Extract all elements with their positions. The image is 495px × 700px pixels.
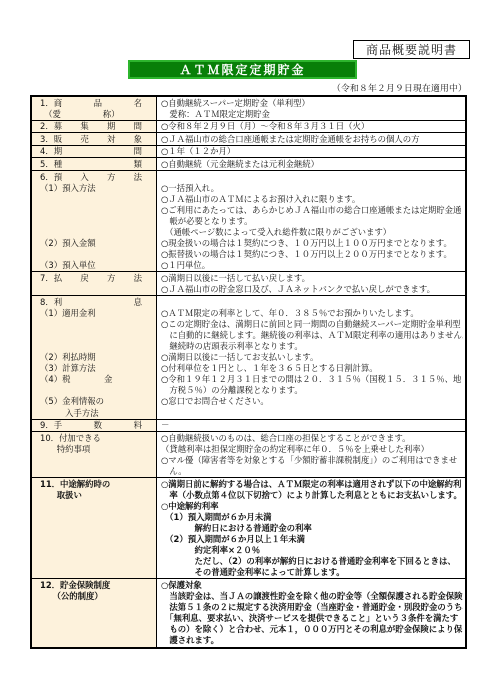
- label-line: （1）適用金利: [40, 308, 156, 319]
- text-line: 護されます。: [161, 635, 463, 646]
- text-line: 継続時の店頭表示利率となります。: [161, 341, 463, 352]
- label-line: （愛 称）: [40, 109, 156, 120]
- text-line: 愛称：ＡＴＭ限定定期貯金: [161, 109, 463, 120]
- text-line: ○令和１９年１２月３１日までの間は２０．３１５％（国税１５．３１５％、地: [161, 374, 463, 385]
- label-text: 募集期間: [54, 121, 142, 132]
- label-line: [40, 512, 156, 523]
- label-line: （2）預入金額: [40, 238, 156, 249]
- label-line: 9．手数料: [40, 420, 156, 431]
- text-line: （1）預入期間が６か月未満: [161, 512, 463, 523]
- label-line: 5．種類: [40, 159, 156, 170]
- text-line: ○窓口でお問合せください。: [161, 396, 463, 407]
- doc-type-label: 商品概要説明書: [366, 41, 457, 58]
- text-line: 率（小数点第４位以下切捨て）により計算した利息とともにお支払いします。: [161, 490, 463, 501]
- row-content-cell: ○１年（１２か月）: [157, 146, 465, 158]
- label-number: 9．: [40, 420, 54, 431]
- table-row: 5．種類○自動継続（元金継続または元利金継続）: [32, 157, 465, 170]
- label-line: [40, 534, 156, 545]
- label-text: 期間: [54, 146, 142, 157]
- row-label-cell: 7．払戻方法: [32, 272, 157, 295]
- label-line: [40, 556, 156, 567]
- label-line: [40, 523, 156, 534]
- page-title: ＡＴＭ限定定期貯金: [128, 60, 357, 79]
- row-label-cell: 12．貯金保険制度 （公的制度）: [32, 579, 157, 646]
- label-line: 取扱い: [40, 490, 156, 501]
- table-row: 9．手数料－: [32, 419, 465, 432]
- label-number: 7．: [40, 273, 54, 284]
- table-row: 11．中途解約時の 取扱い ○満期日前に解約する場合は、ＡＴＭ限定の利率は適用さ…: [32, 477, 465, 578]
- text-line: 帳が必要となります。: [161, 216, 463, 227]
- row-content-cell: ○自動継続（元金継続または元利金継続）: [157, 158, 465, 170]
- row-label-cell: 4．期間: [32, 146, 157, 158]
- label-line: [40, 545, 156, 556]
- text-line: －: [161, 420, 463, 431]
- text-line: 当該貯金は、当ＪＡの譲渡性貯金を除く他の貯金等（全額保護される貯金保険: [161, 591, 463, 602]
- row-label-cell: 3．販売対象: [32, 133, 157, 145]
- row-content-cell: ○令和８年２月９日（月）～令和８年３月３１日（火）: [157, 121, 465, 133]
- table-row: 8．利息（1）適用金利 （2）利払時期（3）計算方法（4）税 金 （5）金利情報…: [32, 295, 465, 419]
- label-number: 2．: [40, 121, 54, 132]
- text-line: ○令和８年２月９日（月）～令和８年３月３１日（火）: [161, 121, 463, 132]
- row-label-cell: 5．種類: [32, 158, 157, 170]
- row-content-cell: ○自動継続スーパー定期貯金（単利型） 愛称：ＡＴＭ限定定期貯金: [157, 97, 465, 120]
- text-line: ○現金扱いの場合は１契約につき、１０万円以上１００万円までとなります。: [161, 238, 463, 249]
- label-number: 4．: [40, 146, 54, 157]
- label-line: [40, 385, 156, 396]
- table-row: 7．払戻方法○満期日以後に一括して払い戻します。○ＪＡ福山市の貯金窓口及び、ＪＡ…: [32, 271, 465, 295]
- label-line: [40, 613, 156, 624]
- label-line: 3．販売対象: [40, 134, 156, 145]
- label-line: （5）金利情報の: [40, 396, 156, 407]
- text-line: ○ＪＡ福山市の総合口座通帳または定期貯金通帳をお持ちの個人の方: [161, 134, 463, 145]
- text-line: ○振替扱いの場合は１契約につき、１０万円以上２００万円までとなります。: [161, 249, 463, 260]
- table-row: 6．預入方法（1）預入方法 （2）預入金額 （3）預入単位 ○一括預入れ。○ＪＡ…: [32, 170, 465, 271]
- label-number: 3．: [40, 134, 54, 145]
- text-line: ○１年（１２か月）: [161, 146, 463, 157]
- row-label-cell: 6．預入方法（1）預入方法 （2）預入金額 （3）預入単位: [32, 171, 157, 271]
- label-line: 2．募集期間: [40, 121, 156, 132]
- label-line: [40, 635, 156, 646]
- label-text: 利息: [54, 297, 142, 308]
- table-row: 1．商品名 （愛 称）○自動継続スーパー定期貯金（単利型） 愛称：ＡＴＭ限定定期…: [32, 97, 465, 120]
- label-line: [40, 341, 156, 352]
- label-line: [40, 624, 156, 635]
- label-line: 特約事項: [40, 444, 156, 455]
- label-line: （2）利払時期: [40, 352, 156, 363]
- text-line: ん。: [161, 466, 463, 477]
- label-line: 10．付加できる: [40, 433, 156, 444]
- spec-table: 1．商品名 （愛 称）○自動継続スーパー定期貯金（単利型） 愛称：ＡＴＭ限定定期…: [30, 95, 467, 649]
- label-number: 6．: [40, 172, 54, 183]
- row-content-cell: －: [157, 420, 465, 432]
- doc-type-box: 商品概要説明書: [353, 40, 470, 59]
- label-text: 払戻方法: [54, 273, 142, 284]
- label-line: [40, 205, 156, 216]
- effective-date-caption: （令和８年２月９日現在適用中）: [167, 81, 467, 94]
- row-content-cell: ○満期日以後に一括して払い戻します。○ＪＡ福山市の貯金窓口及び、ＪＡネットバンク…: [157, 272, 465, 295]
- text-line: に自動的に継続します。継続後の利率は、ＡＴＭ限定利率の適用はありません。: [161, 330, 463, 341]
- label-line: [40, 194, 156, 205]
- row-label-cell: 11．中途解約時の 取扱い: [32, 478, 157, 578]
- label-number: 1．: [40, 98, 54, 109]
- text-line: [161, 172, 463, 183]
- text-line: ただし、（2）の利率が解約日における普通貯金利率を下回るときは、: [161, 556, 463, 567]
- label-line: 1．商品名: [40, 98, 156, 109]
- row-content-cell: ○ＡＴＭ限定の利率として、年０．３８５％でお預かりいたします。○この定期貯金は、…: [157, 296, 465, 419]
- table-row: 2．募集期間○令和８年２月９日（月）～令和８年３月３１日（火）: [32, 120, 465, 133]
- row-content-cell: ○自動継続扱いのものは、総合口座の担保とすることができます。（貸越利率は担保定期…: [157, 432, 465, 477]
- text-line: 解約日における普通貯金の利率: [161, 523, 463, 534]
- row-label-cell: 2．募集期間: [32, 121, 157, 133]
- label-line: 12．貯金保険制度: [40, 580, 156, 591]
- row-content-cell: ○一括預入れ。○ＪＡ福山市のＡＴＭによるお預け入れに限ります。○ご利用にあたって…: [157, 171, 465, 271]
- text-line: もの）を除く）と合わせ、元本１，０００万円とその利息が貯金保険により保: [161, 624, 463, 635]
- text-line: ○ご利用にあたっては、あらかじめＪＡ福山市の総合口座通帳または定期貯金通: [161, 205, 463, 216]
- label-line: [40, 330, 156, 341]
- label-line: （3）計算方法: [40, 363, 156, 374]
- label-line: [40, 227, 156, 238]
- page-title-label: ＡＴＭ限定定期貯金: [179, 61, 305, 78]
- label-line: 入手方法: [40, 408, 156, 419]
- label-line: [40, 455, 156, 466]
- label-line: （4）税 金: [40, 374, 156, 385]
- label-line: 7．払戻方法: [40, 273, 156, 284]
- label-line: （3）預入単位: [40, 260, 156, 271]
- label-text: 預入方法: [54, 172, 142, 183]
- label-line: [40, 501, 156, 512]
- text-line: ○中途解約利率: [161, 501, 463, 512]
- text-line: ○付利単位を１円とし、１年を３６５日とする日割計算。: [161, 363, 463, 374]
- text-line: ○ＡＴＭ限定の利率として、年０．３８５％でお預かりいたします。: [161, 308, 463, 319]
- label-line: [40, 602, 156, 613]
- text-line: 法第５１条の２に規定する決済用貯金（当座貯金・普通貯金・別段貯金のうち、: [161, 602, 463, 613]
- text-line: ○一括預入れ。: [161, 183, 463, 194]
- text-line: ○ＪＡ福山市の貯金窓口及び、ＪＡネットバンクで払い戻しができます。: [161, 284, 463, 295]
- label-line: （1）預入方法: [40, 183, 156, 194]
- row-content-cell: ○ＪＡ福山市の総合口座通帳または定期貯金通帳をお持ちの個人の方: [157, 133, 465, 145]
- text-line: ○満期日前に解約する場合は、ＡＴＭ限定の利率は適用されず以下の中途解約利: [161, 479, 463, 490]
- label-line: [40, 466, 156, 477]
- label-text: 商品名: [54, 98, 142, 109]
- label-line: 4．期間: [40, 146, 156, 157]
- text-line: ○保護対象: [161, 580, 463, 591]
- row-content-cell: ○保護対象 当該貯金は、当ＪＡの譲渡性貯金を除く他の貯金等（全額保護される貯金保…: [157, 579, 465, 646]
- row-label-cell: 10．付加できる 特約事項: [32, 432, 157, 477]
- label-line: [40, 249, 156, 260]
- text-line: ○ＪＡ福山市のＡＴＭによるお預け入れに限ります。: [161, 194, 463, 205]
- label-line: （公的制度）: [40, 591, 156, 602]
- text-line: ○自動継続スーパー定期貯金（単利型）: [161, 98, 463, 109]
- table-row: 3．販売対象○ＪＡ福山市の総合口座通帳または定期貯金通帳をお持ちの個人の方: [32, 132, 465, 145]
- table-row: 10．付加できる 特約事項 ○自動継続扱いのものは、総合口座の担保とすることがで…: [32, 431, 465, 477]
- text-line: ○自動継続扱いのものは、総合口座の担保とすることができます。: [161, 433, 463, 444]
- text-line: 「無利息、要求払い、決済サービスを提供できること」という３条件を満たす: [161, 613, 463, 624]
- label-line: 8．利息: [40, 297, 156, 308]
- label-number: 5．: [40, 159, 54, 170]
- text-line: ○満期日以後に一括して払い戻します。: [161, 273, 463, 284]
- text-line: [161, 408, 463, 419]
- label-number: 8．: [40, 297, 54, 308]
- text-line: （貸越利率は担保定期貯金の約定利率に年０．５％を上乗せした利率）: [161, 444, 463, 455]
- label-text: 手数料: [54, 420, 142, 431]
- text-line: ○満期日以後に一括してお支払いします。: [161, 352, 463, 363]
- text-line: ○マル優（障害者等を対象とする「少額貯蓄非課税制度」）のご利用はできませ: [161, 455, 463, 466]
- table-row: 12．貯金保険制度 （公的制度） ○保護対象 当該貯金は、当ＪＡの譲渡性貯金を除…: [32, 578, 465, 646]
- table-row: 4．期間○１年（１２か月）: [32, 145, 465, 158]
- text-line: ○この定期貯金は、満期日に前回と同一期間の自動継続スーパー定期貯金単利型: [161, 319, 463, 330]
- text-line: （通帳ページ数によって受入れ総件数に限りがございます）: [161, 227, 463, 238]
- label-line: [40, 319, 156, 330]
- text-line: 約定利率×２０％: [161, 545, 463, 556]
- label-text: 販売対象: [54, 134, 142, 145]
- text-line: （2）預入期間が６か月以上１年未満: [161, 534, 463, 545]
- label-line: [40, 216, 156, 227]
- row-label-cell: 8．利息（1）適用金利 （2）利払時期（3）計算方法（4）税 金 （5）金利情報…: [32, 296, 157, 419]
- text-line: ○１円単位。: [161, 260, 463, 271]
- text-line: 方税５％）の分離課税となります。: [161, 385, 463, 396]
- label-line: 6．預入方法: [40, 172, 156, 183]
- label-line: [40, 567, 156, 578]
- text-line: ○自動継続（元金継続または元利金継続）: [161, 159, 463, 170]
- row-label-cell: 1．商品名 （愛 称）: [32, 97, 157, 120]
- row-content-cell: ○満期日前に解約する場合は、ＡＴＭ限定の利率は適用されず以下の中途解約利 率（小…: [157, 478, 465, 578]
- text-line: [161, 297, 463, 308]
- label-text: 種類: [54, 159, 142, 170]
- label-line: 11．中途解約時の: [40, 479, 156, 490]
- row-label-cell: 9．手数料: [32, 420, 157, 432]
- text-line: その普通貯金利率によって計算します。: [161, 567, 463, 578]
